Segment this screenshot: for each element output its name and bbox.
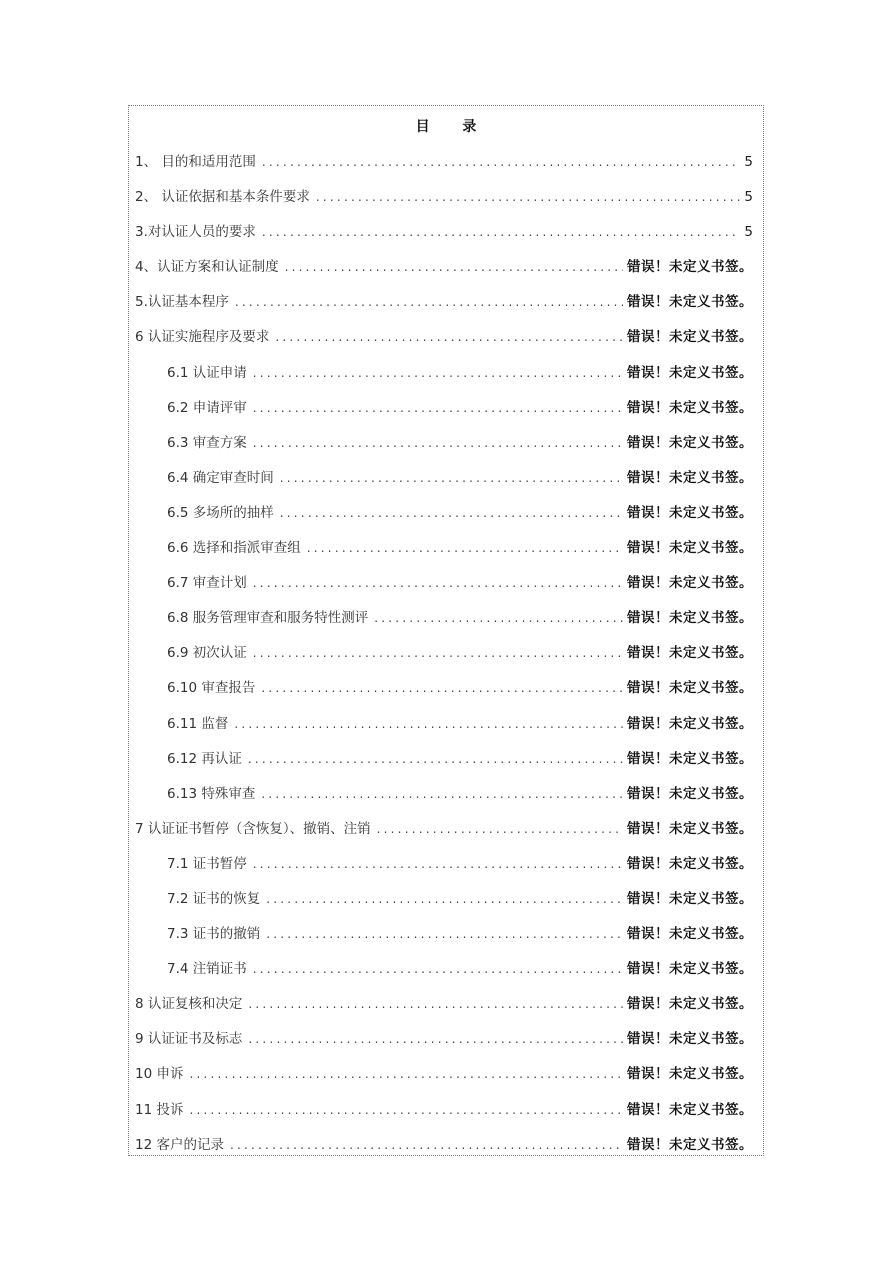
toc-list: 1、 目的和适用范围..............................… bbox=[135, 150, 753, 1168]
toc-entry-label[interactable]: 10 申诉 bbox=[135, 1062, 185, 1082]
toc-entry[interactable]: 6.7 审查计划................................… bbox=[135, 571, 753, 606]
toc-entry-label[interactable]: 2、 认证依据和基本条件要求 bbox=[135, 185, 312, 205]
dot-leader: ........................................… bbox=[285, 260, 623, 274]
toc-entry-page: 错误！未定义书签。 bbox=[627, 501, 753, 521]
toc-entry[interactable]: 3.对认证人员的要求..............................… bbox=[135, 220, 753, 255]
toc-entry-label[interactable]: 11 投诉 bbox=[135, 1098, 185, 1118]
toc-entry[interactable]: 7.4 注销证书................................… bbox=[135, 957, 753, 992]
toc-entry-label[interactable]: 1、 目的和适用范围 bbox=[135, 150, 258, 170]
toc-entry-page: 错误！未定义书签。 bbox=[627, 782, 753, 802]
toc-entry-page: 错误！未定义书签。 bbox=[627, 606, 753, 626]
toc-entry-page: 错误！未定义书签。 bbox=[627, 431, 753, 451]
toc-entry-page: 错误！未定义书签。 bbox=[627, 957, 753, 977]
toc-entry-label[interactable]: 6.5 多场所的抽样 bbox=[167, 501, 276, 521]
toc-entry[interactable]: 6.13 特殊审查...............................… bbox=[135, 782, 753, 817]
dot-leader: ........................................… bbox=[253, 366, 623, 380]
toc-entry-label[interactable]: 9 认证证书及标志 bbox=[135, 1027, 244, 1047]
toc-entry-page: 错误！未定义书签。 bbox=[627, 992, 753, 1012]
toc-entry[interactable]: 8 认证复核和决定...............................… bbox=[135, 992, 753, 1027]
toc-entry-page: 错误！未定义书签。 bbox=[627, 676, 753, 696]
dot-leader: ........................................… bbox=[280, 471, 623, 485]
toc-entry-page: 错误！未定义书签。 bbox=[627, 747, 753, 767]
toc-entry[interactable]: 6.9 初次认证................................… bbox=[135, 641, 753, 676]
toc-entry-page: 错误！未定义书签。 bbox=[627, 1098, 753, 1118]
toc-entry[interactable]: 6.4 确定审查时间..............................… bbox=[135, 466, 753, 501]
toc-entry-label[interactable]: 6.11 监督 bbox=[167, 712, 230, 732]
toc-entry[interactable]: 6.10 审查报告...............................… bbox=[135, 676, 753, 711]
dot-leader: ........................................… bbox=[253, 436, 623, 450]
dot-leader: ........................................… bbox=[189, 1103, 623, 1117]
dot-leader: ........................................… bbox=[266, 892, 623, 906]
toc-entry-page: 错误！未定义书签。 bbox=[627, 817, 753, 837]
toc-entry-label[interactable]: 7.1 证书暂停 bbox=[167, 852, 249, 872]
toc-entry[interactable]: 5.认证基本程序................................… bbox=[135, 290, 753, 325]
toc-entry-page: 错误！未定义书签。 bbox=[627, 1062, 753, 1082]
toc-entry-label[interactable]: 6.6 选择和指派审查组 bbox=[167, 536, 303, 556]
toc-entry[interactable]: 6.6 选择和指派审查组............................… bbox=[135, 536, 753, 571]
dot-leader: ........................................… bbox=[266, 927, 623, 941]
dot-leader: ........................................… bbox=[253, 857, 623, 871]
toc-entry-label[interactable]: 6 认证实施程序及要求 bbox=[135, 325, 271, 345]
toc-entry[interactable]: 9 认证证书及标志...............................… bbox=[135, 1027, 753, 1062]
toc-entry[interactable]: 7.2 证书的恢复...............................… bbox=[135, 887, 753, 922]
dot-leader: ........................................… bbox=[253, 576, 623, 590]
toc-entry[interactable]: 6 认证实施程序及要求.............................… bbox=[135, 325, 753, 360]
toc-entry-label[interactable]: 7.3 证书的撤销 bbox=[167, 922, 262, 942]
toc-entry-label[interactable]: 7 认证证书暂停（含恢复）、撤销、注销 bbox=[135, 817, 373, 837]
dot-leader: ........................................… bbox=[248, 752, 623, 766]
dot-leader: ........................................… bbox=[377, 822, 623, 836]
dot-leader: ........................................… bbox=[248, 997, 623, 1011]
toc-entry[interactable]: 6.3 审查方案................................… bbox=[135, 431, 753, 466]
toc-entry-page: 5 bbox=[744, 154, 753, 170]
toc-entry-label[interactable]: 4、认证方案和认证制度 bbox=[135, 255, 281, 275]
toc-entry-page: 错误！未定义书签。 bbox=[627, 396, 753, 416]
dot-leader: ........................................… bbox=[261, 681, 623, 695]
toc-entry-page: 错误！未定义书签。 bbox=[627, 466, 753, 486]
toc-entry-label[interactable]: 6.2 申请评审 bbox=[167, 396, 249, 416]
toc-entry-page: 错误！未定义书签。 bbox=[627, 255, 753, 275]
toc-entry-label[interactable]: 6.8 服务管理审查和服务特性测评 bbox=[167, 606, 370, 626]
dot-leader: ........................................… bbox=[316, 190, 741, 204]
toc-entry-page: 错误！未定义书签。 bbox=[627, 571, 753, 591]
dot-leader: ........................................… bbox=[275, 330, 623, 344]
toc-entry-label[interactable]: 3.对认证人员的要求 bbox=[135, 220, 258, 240]
toc-entry-page: 错误！未定义书签。 bbox=[627, 1027, 753, 1047]
dot-leader: ........................................… bbox=[230, 1138, 623, 1152]
dot-leader: ........................................… bbox=[262, 155, 741, 169]
toc-entry[interactable]: 6.2 申请评审................................… bbox=[135, 396, 753, 431]
toc-entry-label[interactable]: 12 客户的记录 bbox=[135, 1133, 226, 1153]
toc-entry-page: 错误！未定义书签。 bbox=[627, 290, 753, 310]
table-of-contents: 目 录 1、 目的和适用范围..........................… bbox=[128, 105, 764, 1156]
dot-leader: ........................................… bbox=[253, 962, 623, 976]
toc-entry-label[interactable]: 5.认证基本程序 bbox=[135, 290, 231, 310]
toc-entry-label[interactable]: 6.10 审查报告 bbox=[167, 676, 257, 696]
toc-entry[interactable]: 1、 目的和适用范围..............................… bbox=[135, 150, 753, 185]
toc-entry-label[interactable]: 7.4 注销证书 bbox=[167, 957, 249, 977]
dot-leader: ........................................… bbox=[253, 401, 623, 415]
toc-entry-label[interactable]: 7.2 证书的恢复 bbox=[167, 887, 262, 907]
dot-leader: ........................................… bbox=[261, 787, 623, 801]
toc-entry-page: 5 bbox=[744, 189, 753, 205]
toc-entry[interactable]: 12 客户的记录................................… bbox=[135, 1133, 753, 1168]
toc-entry-page: 错误！未定义书签。 bbox=[627, 536, 753, 556]
toc-entry[interactable]: 6.11 监督.................................… bbox=[135, 712, 753, 747]
toc-entry-page: 错误！未定义书签。 bbox=[627, 325, 753, 345]
dot-leader: ........................................… bbox=[307, 541, 623, 555]
toc-entry[interactable]: 7 认证证书暂停（含恢复）、撤销、注销.....................… bbox=[135, 817, 753, 852]
toc-entry-page: 错误！未定义书签。 bbox=[627, 712, 753, 732]
dot-leader: ........................................… bbox=[253, 646, 623, 660]
toc-entry[interactable]: 6.12 再认证................................… bbox=[135, 747, 753, 782]
toc-entry[interactable]: 7.1 证书暂停................................… bbox=[135, 852, 753, 887]
toc-entry[interactable]: 10 申诉...................................… bbox=[135, 1062, 753, 1097]
toc-entry-page: 错误！未定义书签。 bbox=[627, 922, 753, 942]
toc-entry-label[interactable]: 8 认证复核和决定 bbox=[135, 992, 244, 1012]
dot-leader: ........................................… bbox=[248, 1032, 623, 1046]
toc-entry[interactable]: 6.5 多场所的抽样..............................… bbox=[135, 501, 753, 536]
toc-entry-page: 错误！未定义书签。 bbox=[627, 1133, 753, 1153]
toc-entry[interactable]: 11 投诉...................................… bbox=[135, 1098, 753, 1133]
toc-entry-label[interactable]: 6.12 再认证 bbox=[167, 747, 244, 767]
toc-entry-page: 错误！未定义书签。 bbox=[627, 887, 753, 907]
toc-title: 目 录 bbox=[129, 116, 763, 136]
dot-leader: ........................................… bbox=[262, 225, 741, 239]
dot-leader: ........................................… bbox=[374, 611, 623, 625]
toc-entry-page: 5 bbox=[744, 224, 753, 240]
toc-entry-label[interactable]: 6.9 初次认证 bbox=[167, 641, 249, 661]
toc-entry[interactable]: 2、 认证依据和基本条件要求..........................… bbox=[135, 185, 753, 220]
toc-entry-label[interactable]: 6.7 审查计划 bbox=[167, 571, 249, 591]
dot-leader: ........................................… bbox=[189, 1067, 623, 1081]
toc-entry[interactable]: 4、认证方案和认证制度.............................… bbox=[135, 255, 753, 290]
toc-entry-label[interactable]: 6.4 确定审查时间 bbox=[167, 466, 276, 486]
toc-entry-label[interactable]: 6.3 审查方案 bbox=[167, 431, 249, 451]
toc-entry-label[interactable]: 6.1 认证申请 bbox=[167, 361, 249, 381]
toc-entry[interactable]: 7.3 证书的撤销...............................… bbox=[135, 922, 753, 957]
toc-entry-label[interactable]: 6.13 特殊审查 bbox=[167, 782, 257, 802]
toc-entry[interactable]: 6.8 服务管理审查和服务特性测评.......................… bbox=[135, 606, 753, 641]
toc-entry[interactable]: 6.1 认证申请................................… bbox=[135, 361, 753, 396]
dot-leader: ........................................… bbox=[280, 506, 623, 520]
dot-leader: ........................................… bbox=[235, 295, 623, 309]
toc-entry-page: 错误！未定义书签。 bbox=[627, 852, 753, 872]
dot-leader: ........................................… bbox=[234, 717, 623, 731]
toc-entry-page: 错误！未定义书签。 bbox=[627, 641, 753, 661]
toc-entry-page: 错误！未定义书签。 bbox=[627, 361, 753, 381]
